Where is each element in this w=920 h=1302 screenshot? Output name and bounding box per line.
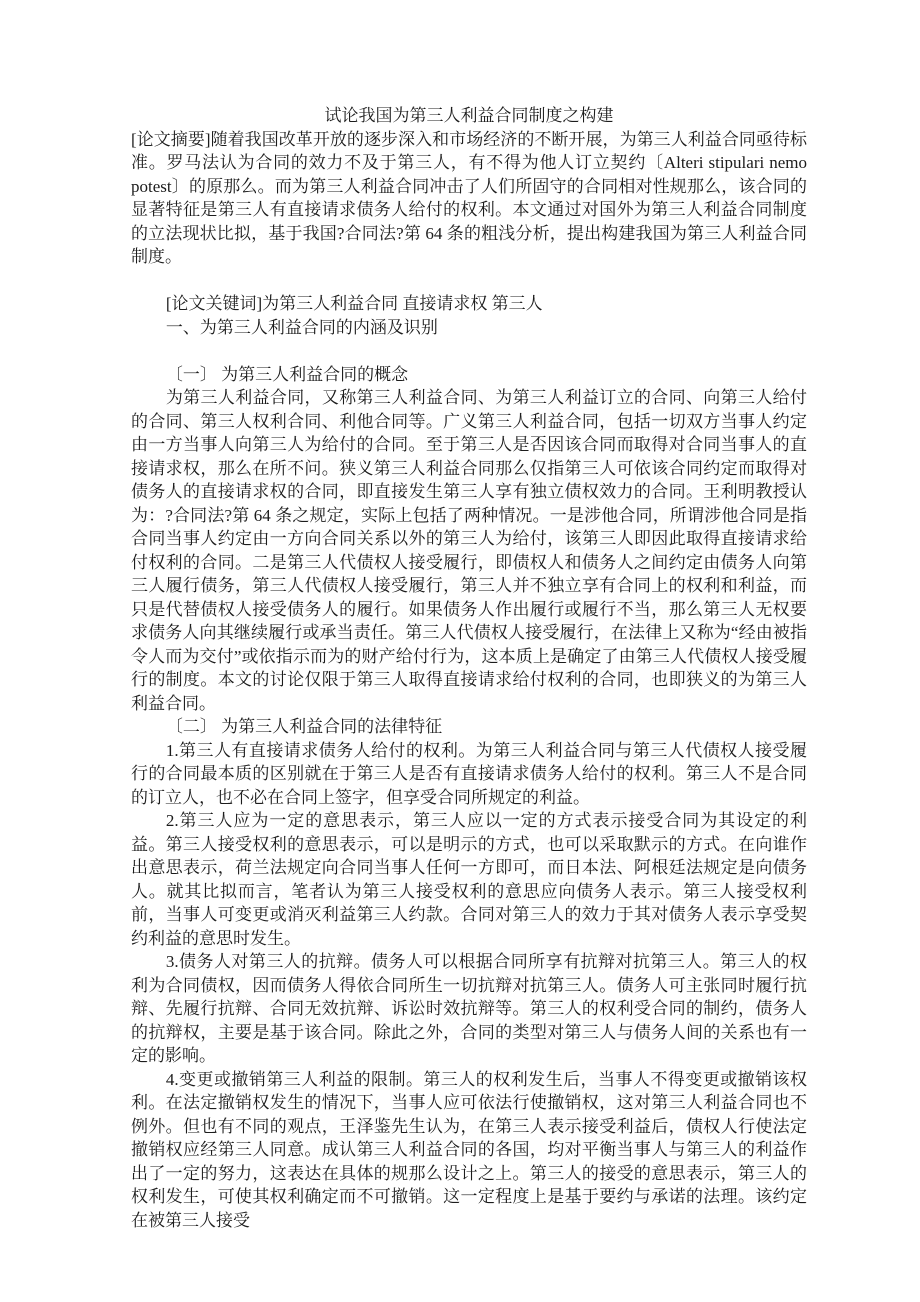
paragraph: 2.第三人应为一定的意思表示，第三人应以一定的方式表示接受合同为其设定的利益。第… — [131, 809, 807, 950]
document-body: [论文摘要]随着我国改革开放的逐步深入和市场经济的不断开展，为第三人利益合同亟待… — [131, 128, 807, 1233]
paragraph: 一、为第三人利益合同的内涵及识别 — [131, 316, 807, 340]
paragraph: 3.债务人对第三人的抗辩。债务人可以根据合同所享有抗辩对抗第三人。第三人的权利为… — [131, 950, 807, 1068]
paragraph: 〔二〕 为第三人利益合同的法律特征 — [131, 715, 807, 739]
paragraph: 4.变更或撤销第三人利益的限制。第三人的权利发生后，当事人不得变更或撤销该权利。… — [131, 1068, 807, 1233]
blank-line — [131, 269, 807, 293]
blank-line — [131, 339, 807, 363]
document-title: 试论我国为第三人利益合同制度之构建 — [131, 104, 807, 128]
paragraph: [论文摘要]随着我国改革开放的逐步深入和市场经济的不断开展，为第三人利益合同亟待… — [131, 128, 807, 269]
paragraph: [论文关键词]为第三人利益合同 直接请求权 第三人 — [131, 292, 807, 316]
paragraph: 〔一〕 为第三人利益合同的概念 — [131, 363, 807, 387]
paragraph: 为第三人利益合同，又称第三人利益合同、为第三人利益订立的合同、向第三人给付的合同… — [131, 386, 807, 715]
paragraph: 1.第三人有直接请求债务人给付的权利。为第三人利益合同与第三人代债权人接受履行的… — [131, 739, 807, 810]
document-page: 试论我国为第三人利益合同制度之构建 [论文摘要]随着我国改革开放的逐步深入和市场… — [0, 0, 920, 1302]
